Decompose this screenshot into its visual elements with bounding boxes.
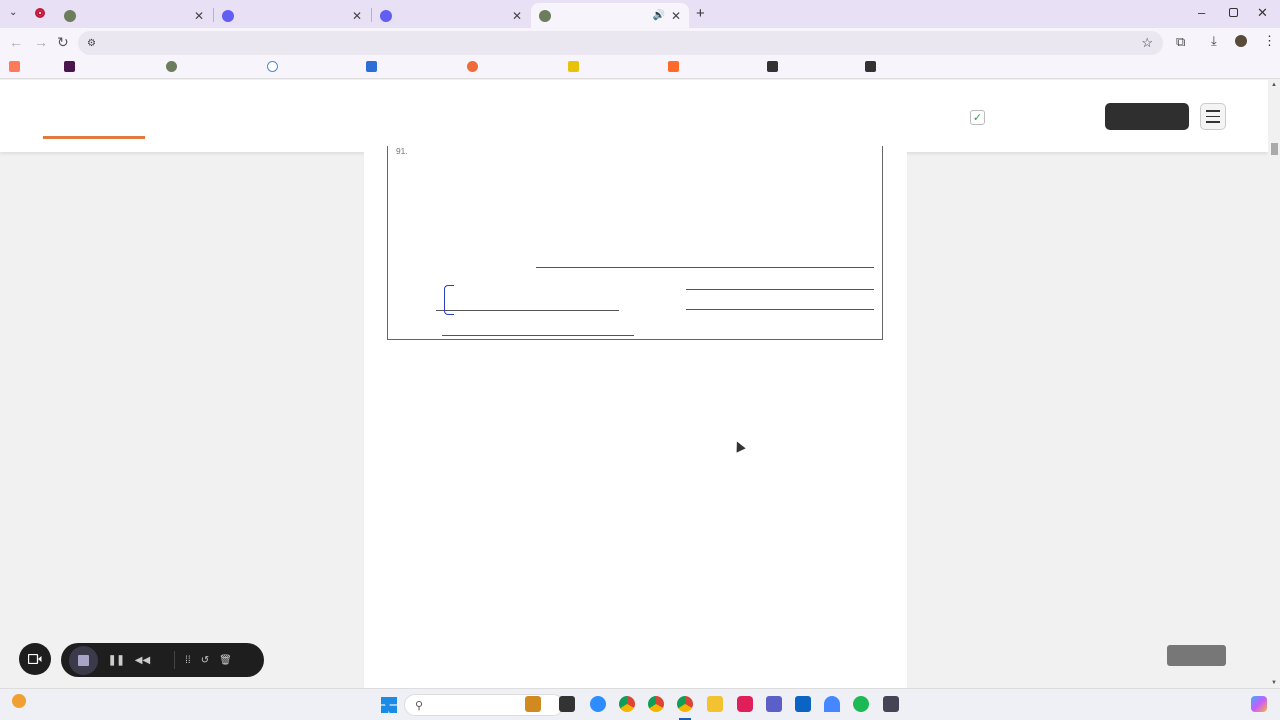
doc-line-91-partial: 91.	[396, 146, 419, 157]
chrome-profile-1-icon[interactable]	[619, 696, 635, 712]
recording-indicator-icon	[35, 8, 45, 18]
bookmark-slack[interactable]	[64, 61, 80, 72]
outlook-app-icon[interactable]	[795, 696, 811, 712]
auto-scroll-checkbox[interactable]: ✓	[970, 110, 985, 125]
scroll-down-icon[interactable]: ▼	[1271, 680, 1277, 686]
profile-avatar[interactable]	[1235, 35, 1247, 47]
back-icon[interactable]: ←	[9, 34, 23, 50]
weather-widget[interactable]	[12, 694, 34, 708]
delete-icon[interactable]: 🗑	[219, 655, 232, 666]
loom-favicon-icon	[222, 10, 234, 22]
auto-scroll-toggle[interactable]: ✓	[970, 110, 991, 125]
zoom-app-icon[interactable]	[590, 696, 606, 712]
close-tab-icon[interactable]: ✕	[194, 9, 204, 23]
browser-menu-icon[interactable]: ⋮	[1263, 33, 1276, 49]
address-bar-row: ← → ↻ ⚙ ☆ ⧉ ⤓ ⋮	[0, 28, 1280, 57]
bookmark-click-contracts[interactable]	[166, 61, 182, 72]
click-favicon-icon	[64, 10, 76, 22]
bookmark-production-click[interactable]	[267, 61, 283, 72]
drawing-tools-icon[interactable]: ⁞⁞	[185, 655, 191, 666]
windows-taskbar: ⚲	[0, 688, 1280, 720]
extensions-icon[interactable]: ⧉	[1176, 34, 1185, 50]
scroll-up-icon[interactable]: ▲	[1271, 82, 1277, 88]
windows-start-icon[interactable]	[381, 697, 397, 713]
video-camera-icon	[28, 654, 42, 664]
click-favicon-icon	[539, 10, 551, 22]
hamburger-menu-button[interactable]	[1200, 103, 1226, 130]
buyer-signature-line-2[interactable]	[686, 309, 874, 310]
new-tab-icon[interactable]: +	[696, 5, 705, 22]
minimize-icon[interactable]: –	[1198, 5, 1205, 20]
close-tab-icon[interactable]: ✕	[512, 9, 522, 23]
close-tab-icon[interactable]: ✕	[671, 9, 681, 23]
bookmarks-bar	[0, 57, 1280, 79]
tab-click-active[interactable]: 🔊 ✕	[531, 3, 689, 28]
audio-playing-icon[interactable]: 🔊	[653, 10, 665, 21]
bookmark-free-email-signature[interactable]	[668, 61, 684, 72]
tab-click-1[interactable]: ✕	[56, 3, 212, 28]
calculator-icon[interactable]	[883, 696, 899, 712]
tab-list-chevron-icon[interactable]: ⌄	[9, 7, 17, 18]
scrollbar-thumb[interactable]	[1271, 143, 1278, 155]
app-header: ✓	[0, 80, 1268, 152]
reload-icon[interactable]: ↻	[57, 34, 69, 51]
stop-icon	[78, 655, 89, 666]
pause-icon[interactable]: ❚❚	[108, 655, 125, 666]
task-view-icon[interactable]	[559, 696, 575, 712]
licensee-signature[interactable]	[444, 280, 554, 318]
next-item-button[interactable]	[1105, 103, 1189, 130]
required-items-progress	[43, 136, 145, 139]
document-page: 91.	[364, 152, 907, 688]
bookmark-star-icon[interactable]: ☆	[1141, 35, 1153, 51]
work-briefcase-icon[interactable]	[525, 696, 541, 712]
nordvpn-icon[interactable]	[824, 696, 840, 712]
close-tab-icon[interactable]: ✕	[352, 9, 362, 23]
url-input[interactable]: ⚙ ☆	[78, 31, 1163, 55]
bookmark-hubspot[interactable]	[9, 61, 25, 72]
camera-toggle-button[interactable]	[19, 643, 51, 675]
bookmark-intercom-proactive[interactable]	[767, 61, 783, 72]
close-window-icon[interactable]: ✕	[1257, 5, 1268, 21]
copilot-icon[interactable]	[1251, 696, 1267, 712]
recording-controls: ❚❚ ◀◀ ⁞⁞ ↺ 🗑	[61, 643, 264, 677]
chrome-profile-3-icon[interactable]	[677, 696, 693, 712]
browser-tab-strip: ⌄ ✕ ✕ ✕ 🔊 ✕ + – ✕	[0, 0, 1280, 28]
bookmark-inbox[interactable]	[366, 61, 382, 72]
loom-favicon-icon	[380, 10, 392, 22]
page-indicator	[1167, 645, 1226, 666]
bookmark-intercom-usage[interactable]	[865, 61, 881, 72]
spotify-app-icon[interactable]	[853, 696, 869, 712]
tab-mls-input-form[interactable]: ✕	[214, 3, 370, 28]
file-explorer-icon[interactable]	[707, 696, 723, 712]
site-info-icon[interactable]: ⚙	[87, 38, 96, 49]
slack-app-icon[interactable]	[737, 696, 753, 712]
page-scrollbar[interactable]: ▲ ▼	[1268, 80, 1280, 688]
weather-sun-icon	[12, 694, 26, 708]
bookmark-prodcamp[interactable]	[467, 61, 483, 72]
search-icon: ⚲	[415, 699, 423, 712]
teams-app-icon[interactable]	[766, 696, 782, 712]
chrome-profile-2-icon[interactable]	[648, 696, 664, 712]
tab-loom-reviewing[interactable]: ✕	[372, 3, 530, 28]
stop-recording-button[interactable]	[69, 646, 98, 675]
bookmark-click-contracts-mar[interactable]	[568, 61, 584, 72]
restore-icon[interactable]	[1229, 8, 1238, 17]
rewind-icon[interactable]: ◀◀	[135, 655, 150, 666]
buyer-signature-line-1[interactable]	[686, 289, 874, 290]
forward-icon[interactable]: →	[34, 34, 48, 50]
restart-icon[interactable]: ↺	[201, 655, 209, 666]
download-icon[interactable]: ⤓	[1211, 33, 1217, 49]
